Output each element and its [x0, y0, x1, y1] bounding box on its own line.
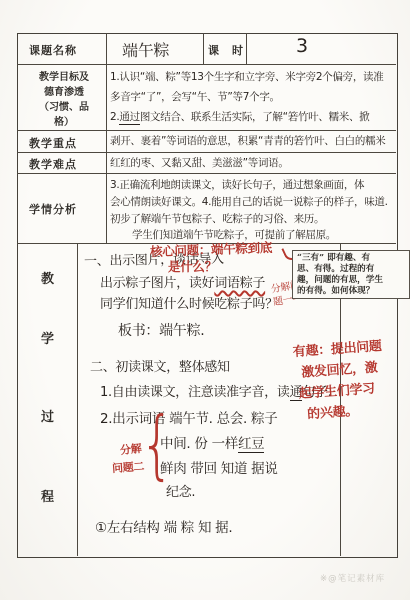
learner-line: 3.正确流利地朗读课文，读好长句子，通过想象画面，体: [110, 177, 364, 192]
field-label-goals: 教学目标及 德育渗透 （习惯、品 格）: [24, 70, 104, 130]
learner-line: 会心情朗读好课文。4.能用自己的话说一说粽子的样子，味道.: [110, 194, 388, 209]
process-word-list-line2: 中间. 份 一样 红豆: [160, 432, 264, 453]
goals-line1: 1.认识“端、粽”等13个生字和立字旁、米字旁2个偏旁，读准: [110, 69, 383, 84]
field-label-difficulties: 教学难点: [29, 156, 77, 172]
goals-line3-pre: 2.: [110, 111, 119, 123]
goals-line2: 多音字“了”，会写“午、节”等7个字。: [110, 89, 280, 104]
field-label-period: 课 时: [208, 42, 244, 58]
goals-label-line: 教学目标及: [24, 70, 104, 85]
table-line: [246, 33, 247, 64]
printed-comment-box: “三有” 即有趣、有 思、有得。过程的有 趣，问题的有思，学生 的有得。如何体现…: [292, 250, 410, 299]
process-step2-heading: 二、初读课文，整体感知: [90, 356, 230, 375]
comment-line: 思、有得。过程的有: [297, 264, 409, 275]
table-line: [17, 173, 396, 174]
table-line: [77, 243, 78, 556]
process-board-writing-line: 板书：端午粽.: [118, 320, 204, 340]
field-label-learner-analysis: 学情分析: [29, 201, 77, 217]
table-line: [17, 130, 396, 131]
goals-line3-post: 图文结合、联系生活实际，了解“箬竹叶、糯米、掀: [140, 109, 370, 124]
comment-line: 趣，问题的有思，学生: [297, 275, 409, 286]
process-question-line: 同学们知道什么时候吃粽子吗？: [100, 293, 278, 312]
goals-line3: 2.通过图文结合、联系生活实际，了解“箬竹叶、糯米、掀: [110, 109, 369, 125]
process-label-char: 过: [41, 406, 54, 425]
process-label-char: 学: [41, 328, 54, 347]
red-brace: {: [140, 401, 174, 489]
key-points-content: 剥开、裹着”等词语的意思，积累“青青的箬竹叶、白白的糯米: [110, 133, 385, 148]
process-l6a: 1.自由读课文，注意读准字音，读: [100, 381, 290, 400]
process-structure-line: ①左右结构 端 粽 知 据.: [95, 516, 232, 536]
table-line: [17, 152, 396, 153]
red-core-question-line2: 是什么？: [168, 257, 217, 275]
difficulties-content: 红红的枣、又黏又甜、美滋滋”等词语。: [110, 155, 289, 170]
learner-line: 初步了解端午节包粽子、吃粽子的习俗、来历。: [110, 211, 324, 226]
red-side-note: 有趣：提出问题 激发回忆，激 起学生们学习 的兴趣。: [292, 336, 387, 426]
title-value-handwritten: 端午粽: [122, 38, 170, 62]
field-label-title: 课题名称: [29, 42, 77, 58]
table-line: [17, 64, 396, 65]
comment-line: 的有得。如何体现？: [297, 286, 409, 297]
goals-label-line: 德育渗透: [24, 85, 104, 100]
process-label-char: 教: [41, 268, 54, 287]
table-line: [106, 33, 107, 243]
period-value-handwritten: 3: [296, 35, 308, 57]
comment-line: “三有” 即有趣、有: [297, 253, 409, 264]
goals-label-line: 格）: [24, 115, 104, 130]
field-label-key-points: 教学重点: [29, 135, 77, 151]
red-decompose-question2-line2: 问题二: [111, 458, 144, 476]
goals-label-line: （习惯、品: [24, 100, 104, 115]
goals-line3-underlined: 通过: [119, 109, 139, 125]
watermark: ※@笔记素材库: [320, 572, 385, 584]
red-decompose-question2-line1: 分解: [119, 440, 142, 458]
process-word-list-line3: 鲜肉 带回 知道 据说: [160, 457, 278, 477]
process-l2b-wavy-underlined: 词语粽子: [214, 272, 265, 291]
table-line: [203, 33, 204, 64]
lesson-plan-scan: 课题名称 端午粽 课 时 3 教学目标及 德育渗透 （习惯、品 格） 1.认识“…: [0, 0, 410, 600]
process-l8b-underlined: 红豆: [238, 432, 264, 453]
process-word-list-line1: 2.出示词语 端午节. 总会. 粽子: [100, 407, 277, 427]
process-label-char: 程: [41, 486, 54, 505]
